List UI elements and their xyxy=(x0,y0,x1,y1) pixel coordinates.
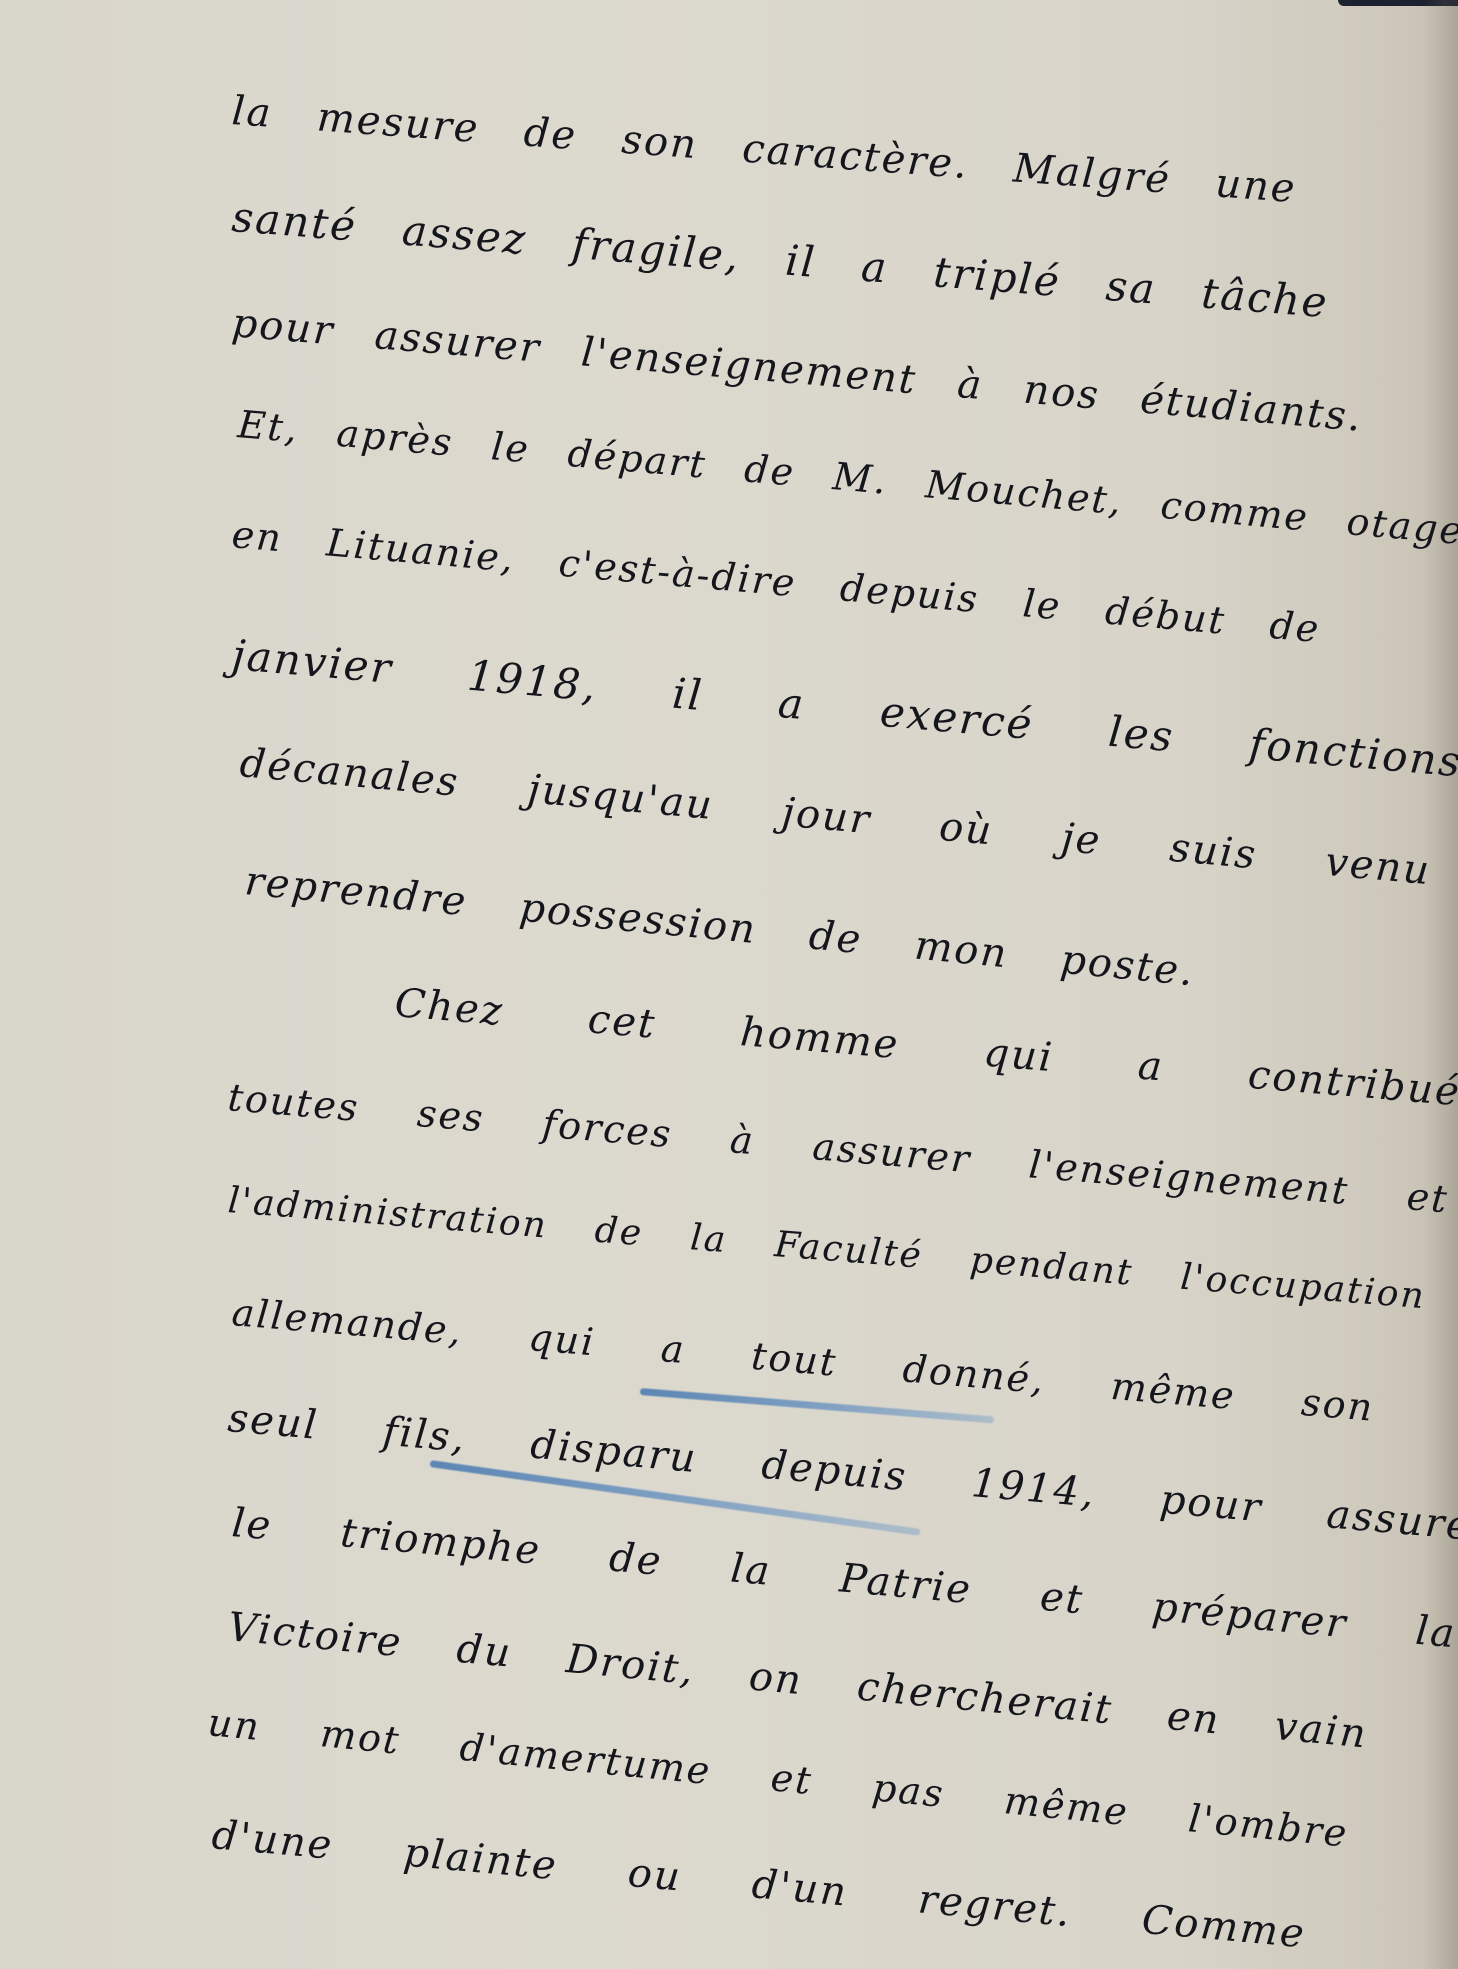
letter-page: la mesure de son caractère. Malgré une s… xyxy=(0,0,1458,1969)
letter-line-5: en Lituanie, c'est-à-dire depuis le débu… xyxy=(230,512,1322,651)
letter-line-2: santé assez fragile, il a triplé sa tâch… xyxy=(230,192,1330,327)
page-fold-shadow xyxy=(1422,0,1458,1969)
letter-line-8: reprendre possession de mon poste. xyxy=(243,858,1197,995)
letter-line-1: la mesure de son caractère. Malgré une xyxy=(230,88,1298,212)
letter-line-12: allemande, qui a tout donné, même son xyxy=(230,1290,1376,1430)
